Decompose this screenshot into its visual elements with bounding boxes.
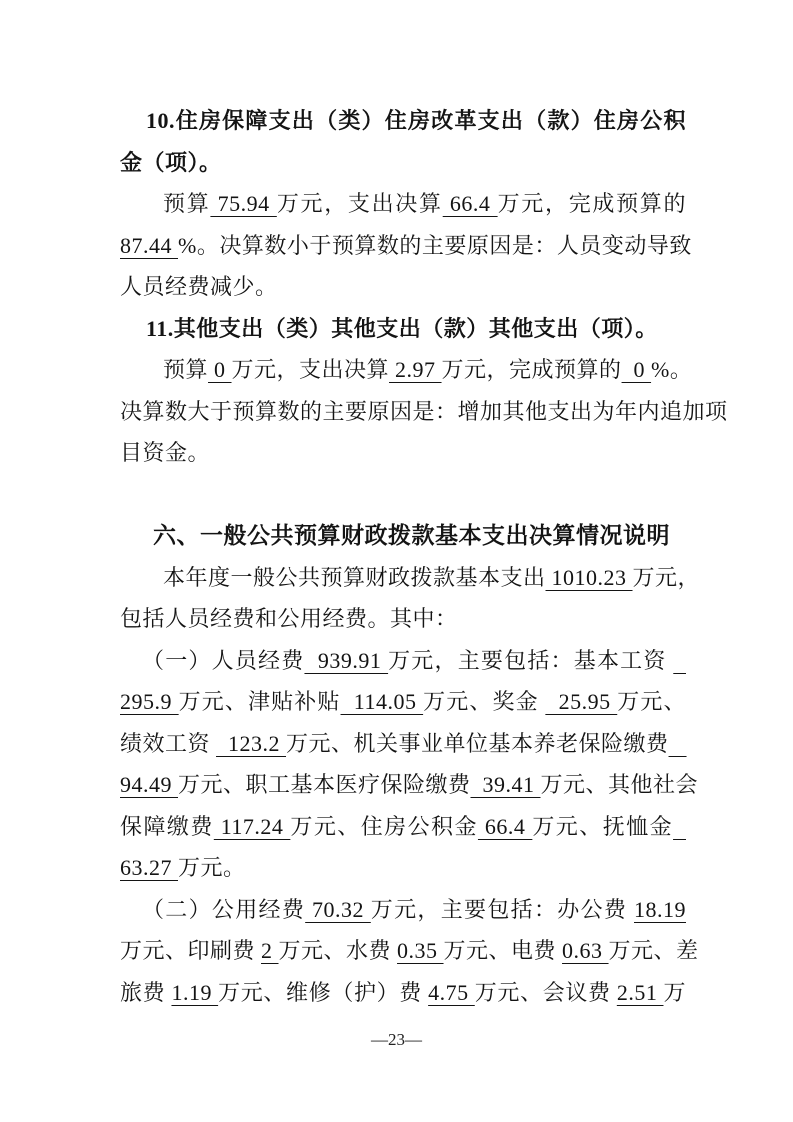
personnel-expense-line-3: 绩效工资 123.2 万元、机关事业单位基本养老保险缴费 — [120, 723, 686, 765]
underlined-value: 295.9 — [120, 689, 179, 714]
text-segment: 万元、抚恤金 — [532, 814, 673, 839]
text-segment: 万元，主要包括：办公费 — [371, 897, 634, 922]
text-segment: 万元、住房公积金 — [290, 814, 478, 839]
text-segment: 旅费 — [120, 980, 171, 1005]
text-segment: 绩效工资 — [120, 731, 216, 756]
text-segment: 10.住房保障支出（类）住房改革支出（款）住房公积 — [146, 108, 686, 133]
section-6-heading: 六、一般公共预算财政拨款基本支出决算情况说明 — [120, 515, 686, 557]
underlined-value: 939.91 — [304, 648, 388, 673]
section-11-para-line-1: 预算 0 万元，支出决算 2.97 万元，完成预算的 0 %。 — [120, 349, 686, 391]
blank-line — [120, 474, 686, 516]
text-segment: 万元，完成预算的 — [442, 357, 622, 382]
text-segment: 万元、印刷费 — [120, 938, 261, 963]
public-expense-line-3: 旅费 1.19 万元、维修（护）费 4.75 万元、会议费 2.51 万 — [120, 972, 686, 1014]
text-segment: 本年度一般公共预算财政拨款基本支出 — [163, 565, 546, 590]
section-10-para-line-1: 预算 75.94 万元，支出决算 66.4 万元，完成预算的 — [120, 183, 686, 225]
section-10-para-line-2: 87.44 %。决算数小于预算数的主要原因是：人员变动导致 — [120, 225, 686, 267]
underlined-value: 66.4 — [443, 191, 498, 216]
text-segment: 万元、津贴补贴 — [179, 689, 341, 714]
text-segment: （一）人员经费 — [142, 648, 304, 673]
text-segment: 万元，主要包括：基本工资 — [388, 648, 673, 673]
text-segment: 万元。 — [178, 855, 246, 880]
text-segment: %。 — [651, 357, 692, 382]
section-6-intro-line-1: 本年度一般公共预算财政拨款基本支出 1010.23 万元， — [120, 557, 686, 599]
public-expense-line-1: （二）公用经费 70.32 万元，主要包括：办公费 18.19 — [120, 889, 686, 931]
underlined-value: 2.97 — [389, 357, 442, 382]
text-segment: 万元，完成预算的 — [498, 191, 686, 216]
section-10-heading-line-1: 10.住房保障支出（类）住房改革支出（款）住房公积 — [120, 100, 686, 142]
text-segment: %。决算数小于预算数的主要原因是：人员变动导致 — [178, 233, 692, 258]
personnel-expense-line-2: 295.9 万元、津贴补贴 114.05 万元、奖金 25.95 万元、 — [120, 681, 686, 723]
text-segment: 金（项）。 — [120, 150, 222, 175]
underlined-value: 123.2 — [216, 731, 286, 756]
underlined-value: 2.51 — [617, 980, 664, 1005]
personnel-expense-line-4: 94.49 万元、职工基本医疗保险缴费 39.41 万元、其他社会 — [120, 764, 686, 806]
underlined-value: 70.32 — [305, 897, 371, 922]
underlined-value: 0.35 — [397, 938, 444, 963]
underlined-value: 0 — [622, 357, 652, 382]
text-segment: 六、一般公共预算财政拨款基本支出决算情况说明 — [153, 522, 670, 548]
underlined-value — [673, 648, 686, 673]
section-11-para-line-3: 目资金。 — [120, 432, 686, 474]
underlined-value: 117.24 — [214, 814, 291, 839]
underlined-value: 4.75 — [428, 980, 475, 1005]
text-segment: 目资金。 — [120, 440, 210, 465]
section-11-heading: 11.其他支出（类）其他支出（款）其他支出（项）。 — [120, 308, 686, 350]
underlined-value: 87.44 — [120, 233, 178, 258]
text-segment: 万元，支出决算 — [232, 357, 390, 382]
text-segment: 万元、会议费 — [475, 980, 617, 1005]
underlined-value: 63.27 — [120, 855, 178, 880]
text-segment: （二）公用经费 — [142, 897, 305, 922]
text-segment: 万元、电费 — [444, 938, 563, 963]
text-segment: 万元、维修（护）费 — [218, 980, 428, 1005]
underlined-value — [673, 814, 686, 839]
underlined-value: 94.49 — [120, 772, 178, 797]
underlined-value: 114.05 — [341, 689, 424, 714]
personnel-expense-line-5: 保障缴费 117.24 万元、住房公积金 66.4 万元、抚恤金 — [120, 806, 686, 848]
text-segment: 保障缴费 — [120, 814, 214, 839]
text-segment: 万元、水费 — [279, 938, 398, 963]
underlined-value: 25.95 — [545, 689, 617, 714]
text-segment: 万 — [663, 980, 686, 1005]
underlined-value: 0.63 — [562, 938, 609, 963]
underlined-value: 18.19 — [634, 897, 686, 922]
underlined-value: 2 — [261, 938, 279, 963]
section-11-para-line-2: 决算数大于预算数的主要原因是：增加其他支出为年内追加项 — [120, 391, 686, 433]
public-expense-line-2: 万元、印刷费 2 万元、水费 0.35 万元、电费 0.63 万元、差 — [120, 930, 686, 972]
text-segment: 万元， — [633, 565, 701, 590]
text-segment: 万元、其他社会 — [541, 772, 699, 797]
text-segment: 万元、 — [617, 689, 686, 714]
underlined-value: 1.19 — [171, 980, 218, 1005]
personnel-expense-line-1: （一）人员经费 939.91 万元，主要包括：基本工资 — [120, 640, 686, 682]
section-6-intro-line-2: 包括人员经费和公用经费。其中： — [120, 598, 686, 640]
personnel-expense-line-6: 63.27 万元。 — [120, 847, 686, 889]
text-segment: 万元，支出决算 — [277, 191, 443, 216]
underlined-value: 75.94 — [210, 191, 276, 216]
underlined-value: 66.4 — [478, 814, 532, 839]
underlined-value: 1010.23 — [546, 565, 633, 590]
text-segment: 11.其他支出（类）其他支出（款）其他支出（项）。 — [146, 316, 658, 341]
underlined-value: 0 — [208, 357, 232, 382]
underlined-value — [669, 731, 687, 756]
underlined-value: 39.41 — [471, 772, 541, 797]
text-segment: 决算数大于预算数的主要原因是：增加其他支出为年内追加项 — [120, 399, 728, 424]
section-10-heading-line-2: 金（项）。 — [120, 142, 686, 184]
text-segment: 万元、机关事业单位基本养老保险缴费 — [286, 731, 669, 756]
text-segment: 万元、奖金 — [423, 689, 545, 714]
text-segment: 人员经费减少。 — [120, 274, 278, 299]
document-body: 10.住房保障支出（类）住房改革支出（款）住房公积金（项）。预算 75.94 万… — [120, 100, 686, 1013]
page-number: —23— — [0, 1030, 793, 1050]
text-segment: 万元、差 — [609, 938, 699, 963]
text-segment: 预算 — [163, 191, 210, 216]
text-segment: 万元、职工基本医疗保险缴费 — [178, 772, 471, 797]
text-segment: 预算 — [163, 357, 208, 382]
document-page: 10.住房保障支出（类）住房改革支出（款）住房公积金（项）。预算 75.94 万… — [0, 0, 793, 1122]
text-segment: 包括人员经费和公用经费。其中： — [120, 606, 458, 631]
section-10-para-line-3: 人员经费减少。 — [120, 266, 686, 308]
